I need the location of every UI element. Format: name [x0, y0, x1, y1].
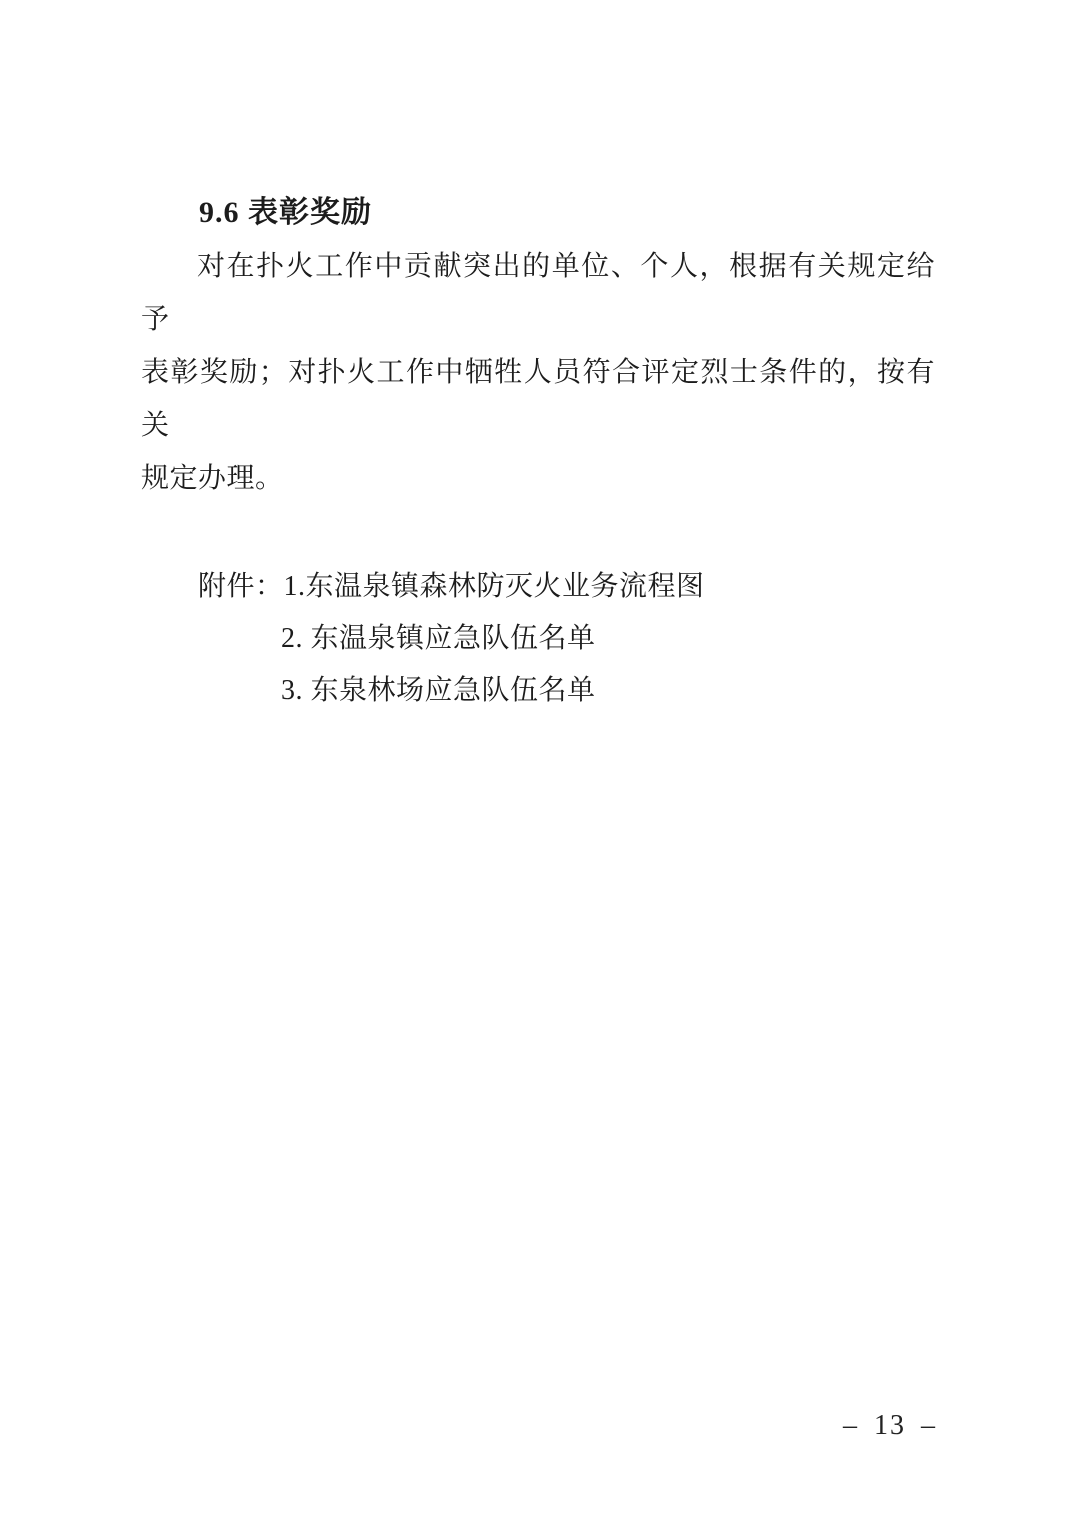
- attachment-item-3: 3. 东泉林场应急队伍名单: [281, 665, 935, 717]
- paragraph-line-1: 对在扑火工作中贡献突出的单位、个人，根据有关规定给予: [141, 240, 935, 346]
- paragraph-line-3: 规定办理。: [141, 452, 935, 505]
- attachments-line: 附件：1.东温泉镇森林防灭火业务流程图: [141, 561, 935, 613]
- attachment-item-2: 2. 东温泉镇应急队伍名单: [281, 613, 935, 665]
- spacer: [141, 505, 935, 561]
- section-heading: 9.6 表彰奖励: [141, 186, 935, 240]
- attachments-label: 附件：: [198, 571, 284, 602]
- document-page: 9.6 表彰奖励 对在扑火工作中贡献突出的单位、个人，根据有关规定给予 表彰奖励…: [0, 0, 1074, 1520]
- page-number: – 13 –: [843, 1408, 937, 1444]
- document-content: 9.6 表彰奖励 对在扑火工作中贡献突出的单位、个人，根据有关规定给予 表彰奖励…: [141, 186, 935, 717]
- paragraph-line-2: 表彰奖励；对扑火工作中牺牲人员符合评定烈士条件的，按有关: [141, 346, 935, 452]
- attachment-item-1: 1.东温泉镇森林防灭火业务流程图: [284, 571, 705, 602]
